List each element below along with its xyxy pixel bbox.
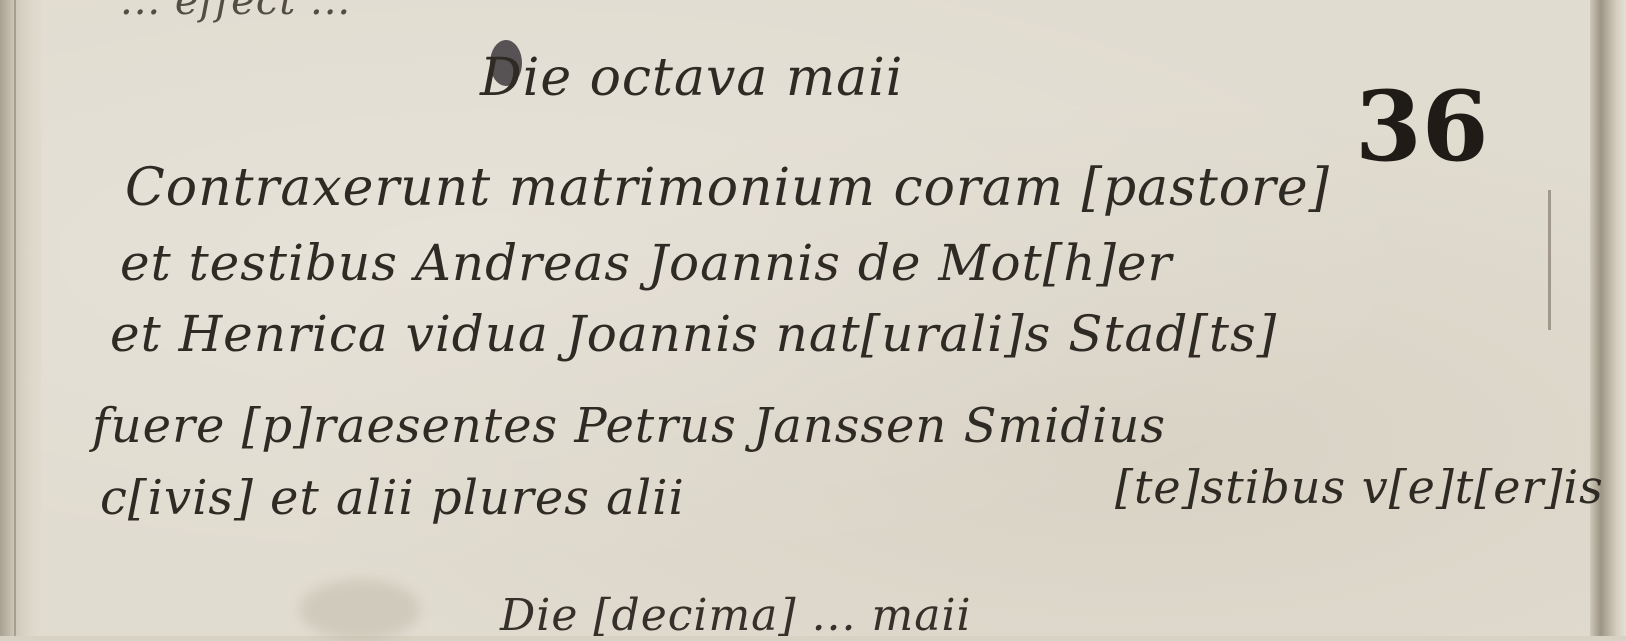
- record-line-1: Contraxerunt matrimonium coram [pastore]: [125, 158, 1330, 218]
- page-left-edge: [0, 0, 42, 636]
- margin-rule: [1548, 190, 1551, 330]
- folio-number: 36: [1355, 70, 1489, 183]
- record-line-3: et Henrica vidua Joannis nat[urali]s Sta…: [110, 305, 1277, 363]
- top-text-fragment: ... effect ...: [120, 0, 351, 24]
- page-right-edge: [1590, 0, 1626, 636]
- right-margin-note: [te]stibus v[e]t[er]is: [1115, 460, 1604, 514]
- manuscript-page: ... effect ... Die octava maii 36 Contra…: [0, 0, 1626, 636]
- paper-stain: [300, 580, 420, 636]
- next-entry-heading-fragment: Die [decima] ... maii: [500, 590, 972, 636]
- entry-date-heading: Die octava maii: [480, 48, 903, 108]
- record-line-2: et testibus Andreas Joannis de Mot[h]er: [120, 234, 1172, 292]
- record-line-5: c[ivis] et alii plures alii: [100, 470, 685, 526]
- record-line-4: fuere [p]raesentes Petrus Janssen Smidiu…: [92, 398, 1166, 454]
